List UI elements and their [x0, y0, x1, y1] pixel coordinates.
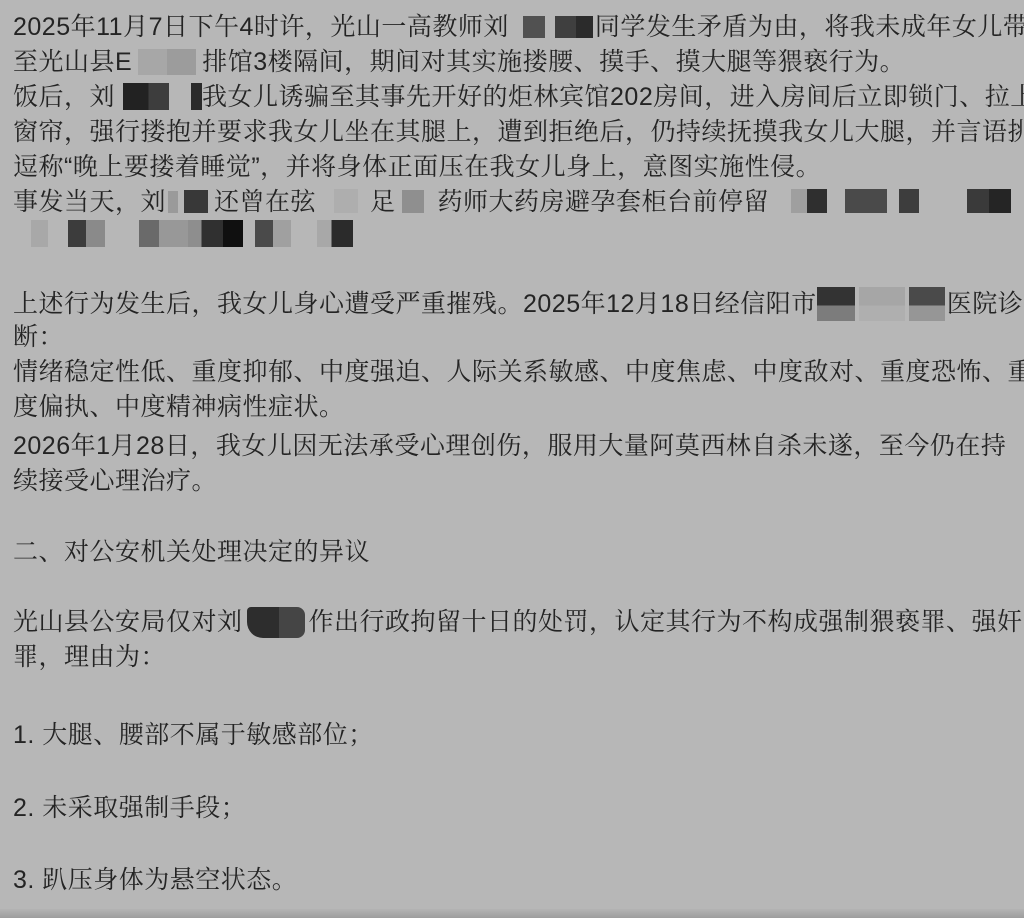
redaction-block [859, 287, 905, 321]
redaction-block [68, 220, 105, 247]
redaction-block [334, 189, 358, 213]
text-run: 2026年1月28日，我女儿因无法承受心理创伤，服用大量阿莫西林自杀未遂，至今仍… [13, 432, 1006, 460]
text-run: 饭后，刘 [13, 83, 115, 111]
text-run: 罪，理由为： [13, 643, 166, 671]
redaction-block [191, 83, 202, 110]
text-run: 二、对公安机关处理决定的异议 [13, 538, 370, 566]
redaction-block [31, 220, 48, 247]
redaction-block [555, 16, 593, 38]
text-run: 作出行政拘留十日的处罚，认定其行为不构成强制猥亵罪、强奸 [309, 608, 1023, 636]
redaction-block [791, 189, 827, 213]
text-run: 2025年11月7日下午4时许，光山一高教师刘 [13, 13, 509, 41]
text-line-17: 1. 大腿、腰部不属于敏感部位； [13, 720, 1024, 751]
text-line-5: 逗称“晚上要搂着睡觉”，并将身体正面压在我女儿身上，意图实施性侵。 [13, 152, 1024, 183]
text-run: 我女儿诱骗至其事先开好的炬林宾馆202房间，进入房间后立即锁门、拉上 [202, 83, 1024, 111]
redaction-block [184, 190, 208, 213]
text-run: 1. 大腿、腰部不属于敏感部位； [13, 721, 374, 749]
text-line-4: 窗帘，强行搂抱并要求我女儿坐在其腿上，遭到拒绝后，仍持续抚摸我女儿大腿，并言语挑 [13, 117, 1024, 148]
redaction-block [123, 83, 169, 110]
text-line-6: 事发当天，刘还曾在弦足药师大药房避孕套柜台前停留 [13, 187, 1024, 218]
text-run: 2. 未采取强制手段； [13, 794, 246, 822]
redaction-block [899, 189, 919, 213]
redaction-block [845, 189, 887, 213]
text-line-16: 罪，理由为： [13, 642, 1024, 673]
redaction-block [138, 49, 196, 75]
text-run: 至光山县E [13, 48, 132, 76]
text-run: 光山县公安局仅对刘 [13, 608, 243, 636]
redaction-block [255, 220, 291, 247]
text-line-12: 2026年1月28日，我女儿因无法承受心理创伤，服用大量阿莫西林自杀未遂，至今仍… [13, 431, 1024, 462]
text-line-8: 上述行为发生后，我女儿身心遭受严重摧残。2025年12月18日经信阳市医院诊 [13, 287, 1024, 321]
redaction-block [523, 16, 545, 38]
text-line-2: 至光山县E排馆3楼隔间，期间对其实施搂腰、摸手、摸大腿等猥亵行为。 [13, 47, 1024, 78]
redaction-block [909, 287, 945, 321]
text-run: 足 [370, 188, 396, 216]
redaction-block [402, 190, 424, 213]
redaction-block [168, 191, 178, 213]
redaction-block [247, 607, 305, 638]
redaction-block [817, 287, 855, 321]
text-run: 药师大药房避孕套柜台前停留 [438, 188, 770, 216]
text-line-14: 二、对公安机关处理决定的异议 [13, 537, 1024, 568]
text-line-1: 2025年11月7日下午4时许，光山一高教师刘同学发生矛盾为由，将我未成年女儿带 [13, 12, 1024, 43]
redaction-block [317, 220, 353, 247]
text-run: 还曾在弦 [214, 188, 316, 216]
text-line-9: 断： [13, 322, 1024, 353]
text-run: 3. 趴压身体为悬空状态。 [13, 866, 297, 894]
text-line-10: 情绪稳定性低、重度抑郁、中度强迫、人际关系敏感、中度焦虑、中度敌对、重度恐怖、重 [13, 357, 1024, 388]
text-line-13: 续接受心理治疗。 [13, 466, 1024, 497]
text-run: 上述行为发生后，我女儿身心遭受严重摧残。2025年12月18日经信阳市 [13, 290, 817, 318]
text-run: 断： [13, 323, 64, 351]
text-run: 窗帘，强行搂抱并要求我女儿坐在其腿上，遭到拒绝后，仍持续抚摸我女儿大腿，并言语挑 [13, 118, 1024, 146]
text-run: 续接受心理治疗。 [13, 467, 217, 495]
text-line-18: 2. 未采取强制手段； [13, 793, 1024, 824]
text-run: 医院诊 [947, 290, 1024, 318]
text-run: 排馆3楼隔间，期间对其实施搂腰、摸手、摸大腿等猥亵行为。 [202, 48, 905, 76]
text-run: 事发当天，刘 [13, 188, 166, 216]
text-run: 逗称“晚上要搂着睡觉”，并将身体正面压在我女儿身上，意图实施性侵。 [13, 153, 821, 181]
text-line-15: 光山县公安局仅对刘作出行政拘留十日的处罚，认定其行为不构成强制猥亵罪、强奸 [13, 607, 1024, 638]
text-line-7 [13, 220, 1024, 252]
redaction-block [139, 220, 243, 247]
text-line-19: 3. 趴压身体为悬空状态。 [13, 865, 1024, 896]
text-run: 度偏执、中度精神病性症状。 [13, 393, 345, 421]
text-line-3: 饭后，刘我女儿诱骗至其事先开好的炬林宾馆202房间，进入房间后立即锁门、拉上 [13, 82, 1024, 113]
text-run: 情绪稳定性低、重度抑郁、中度强迫、人际关系敏感、中度焦虑、中度敌对、重度恐怖、重 [13, 358, 1024, 386]
complaint-document: 2025年11月7日下午4时许，光山一高教师刘同学发生矛盾为由，将我未成年女儿带… [0, 0, 1024, 918]
text-line-11: 度偏执、中度精神病性症状。 [13, 392, 1024, 423]
bottom-edge-shadow [0, 909, 1024, 918]
text-run: 同学发生矛盾为由，将我未成年女儿带 [595, 13, 1024, 41]
redaction-block [967, 189, 1011, 213]
